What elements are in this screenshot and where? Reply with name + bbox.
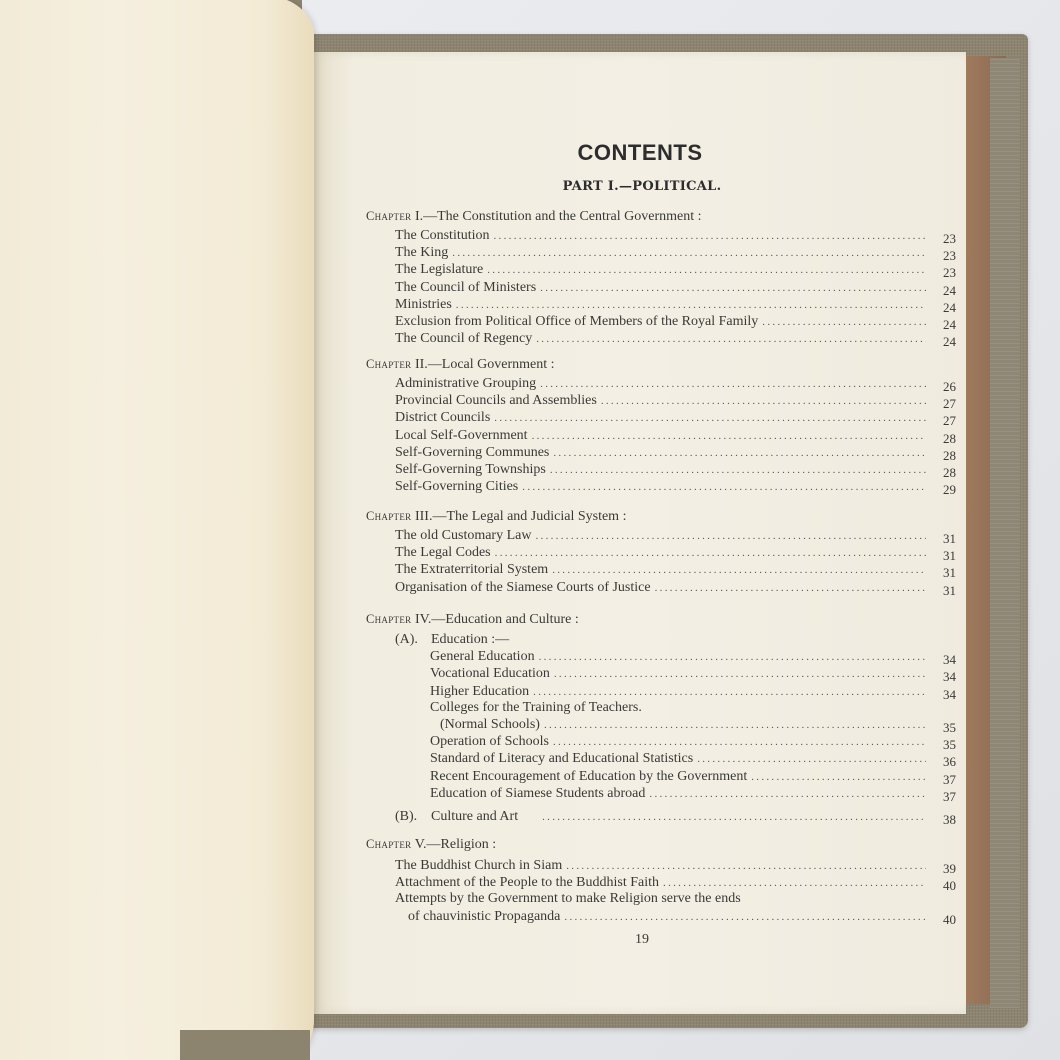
part-heading: PART I.—POLITICAL. [314, 179, 970, 194]
toc-entry[interactable]: General Education34 [366, 648, 956, 665]
page-title: CONTENTS [314, 140, 966, 166]
toc-entry[interactable]: District Councils27 [366, 409, 956, 426]
dot-leader [487, 262, 926, 278]
toc-entry[interactable]: Administrative Grouping26 [366, 375, 956, 392]
dot-leader [553, 734, 926, 750]
dot-leader [697, 751, 926, 767]
toc-entry[interactable]: Operation of Schools35 [366, 733, 956, 750]
dot-leader [494, 410, 926, 426]
dot-leader [494, 228, 927, 244]
toc-entry[interactable]: (B).Culture and Art38 [366, 808, 956, 825]
dot-leader [533, 684, 926, 700]
toc-entry[interactable]: The Legal Codes31 [366, 544, 956, 561]
dot-leader [554, 666, 926, 682]
chapter-heading: Chapter III.—The Legal and Judicial Syst… [366, 508, 956, 525]
chapter-3: Chapter III.—The Legal and Judicial Syst… [366, 508, 956, 596]
chapter-1: Chapter I.—The Constitution and the Cent… [366, 208, 956, 347]
toc-entry[interactable]: The Legislature23 [366, 261, 956, 278]
dot-leader [550, 462, 926, 478]
dot-leader [566, 858, 926, 874]
dot-leader [663, 875, 926, 891]
section-heading: (A).Education :— [366, 632, 956, 648]
toc-entry[interactable]: Exclusion from Political Office of Membe… [366, 313, 956, 330]
chapter-2: Chapter II.—Local Government : Administr… [366, 356, 956, 495]
toc-entry[interactable]: Ministries24 [366, 296, 956, 313]
toc-entry[interactable]: Standard of Literacy and Educational Sta… [366, 750, 956, 767]
toc-entry[interactable]: (Normal Schools)35 [366, 716, 956, 733]
dot-leader [539, 649, 926, 665]
dot-leader [536, 331, 926, 347]
toc-entry[interactable]: Colleges for the Training of Teachers. [366, 700, 956, 716]
dot-leader [553, 445, 926, 461]
toc-entry[interactable]: The old Customary Law31 [366, 527, 956, 544]
left-page-curl [0, 0, 314, 1060]
chapter-heading: Chapter V.—Religion : [366, 836, 956, 853]
toc-entry[interactable]: Organisation of the Siamese Courts of Ju… [366, 579, 956, 596]
toc-entry[interactable]: Local Self-Government28 [366, 427, 956, 444]
dot-leader [456, 297, 926, 313]
dot-leader [655, 580, 926, 596]
dot-leader [522, 479, 926, 495]
dot-leader [540, 280, 926, 296]
toc-entry[interactable]: Self-Governing Cities29 [366, 478, 956, 495]
toc-entry[interactable]: Provincial Councils and Assemblies27 [366, 392, 956, 409]
dot-leader [535, 528, 926, 544]
toc-entry[interactable]: Attachment of the People to the Buddhist… [366, 874, 956, 891]
dot-leader [544, 717, 926, 733]
dot-leader [762, 314, 926, 330]
toc-entry[interactable]: Self-Governing Communes28 [366, 444, 956, 461]
toc-entry[interactable]: The Constitution23 [366, 227, 956, 244]
dot-leader [751, 769, 926, 785]
chapter-4: Chapter IV.—Education and Culture : (A).… [366, 611, 956, 825]
dot-leader [552, 562, 926, 578]
toc-entry[interactable]: Higher Education34 [366, 683, 956, 700]
chapter-heading: Chapter I.—The Constitution and the Cent… [366, 208, 956, 225]
toc-entry[interactable]: The Council of Ministers24 [366, 279, 956, 296]
dot-leader [601, 393, 926, 409]
dot-leader [495, 545, 926, 561]
dot-leader [532, 428, 926, 444]
toc-entry[interactable]: The Buddhist Church in Siam39 [366, 857, 956, 874]
cover-turn-in [990, 58, 1020, 1008]
toc-entry[interactable]: The King23 [366, 244, 956, 261]
contents-page: CONTENTS PART I.—POLITICAL. Chapter I.—T… [314, 52, 966, 1014]
dot-leader [649, 786, 926, 802]
dot-leader [540, 376, 926, 392]
chapter-heading: Chapter II.—Local Government : [366, 356, 956, 373]
chapter-5: Chapter V.—Religion : The Buddhist Churc… [366, 836, 956, 925]
chapter-heading: Chapter IV.—Education and Culture : [366, 611, 956, 628]
toc-entry[interactable]: Recent Encouragement of Education by the… [366, 768, 956, 785]
toc-entry[interactable]: The Extraterritorial System31 [366, 561, 956, 578]
toc-entry[interactable]: Vocational Education34 [366, 665, 956, 682]
toc-entry[interactable]: Education of Siamese Students abroad37 [366, 785, 956, 802]
toc-entry[interactable]: The Council of Regency24 [366, 330, 956, 347]
page-number: 19 [314, 932, 970, 948]
bottom-cloth [180, 1030, 310, 1060]
toc-entry[interactable]: Attempts by the Government to make Relig… [366, 891, 956, 907]
toc-entry[interactable]: Self-Governing Townships28 [366, 461, 956, 478]
dot-leader [452, 245, 926, 261]
dot-leader [564, 909, 926, 925]
toc-entry[interactable]: of chauvinistic Propaganda40 [366, 908, 956, 925]
dot-leader [542, 809, 926, 825]
